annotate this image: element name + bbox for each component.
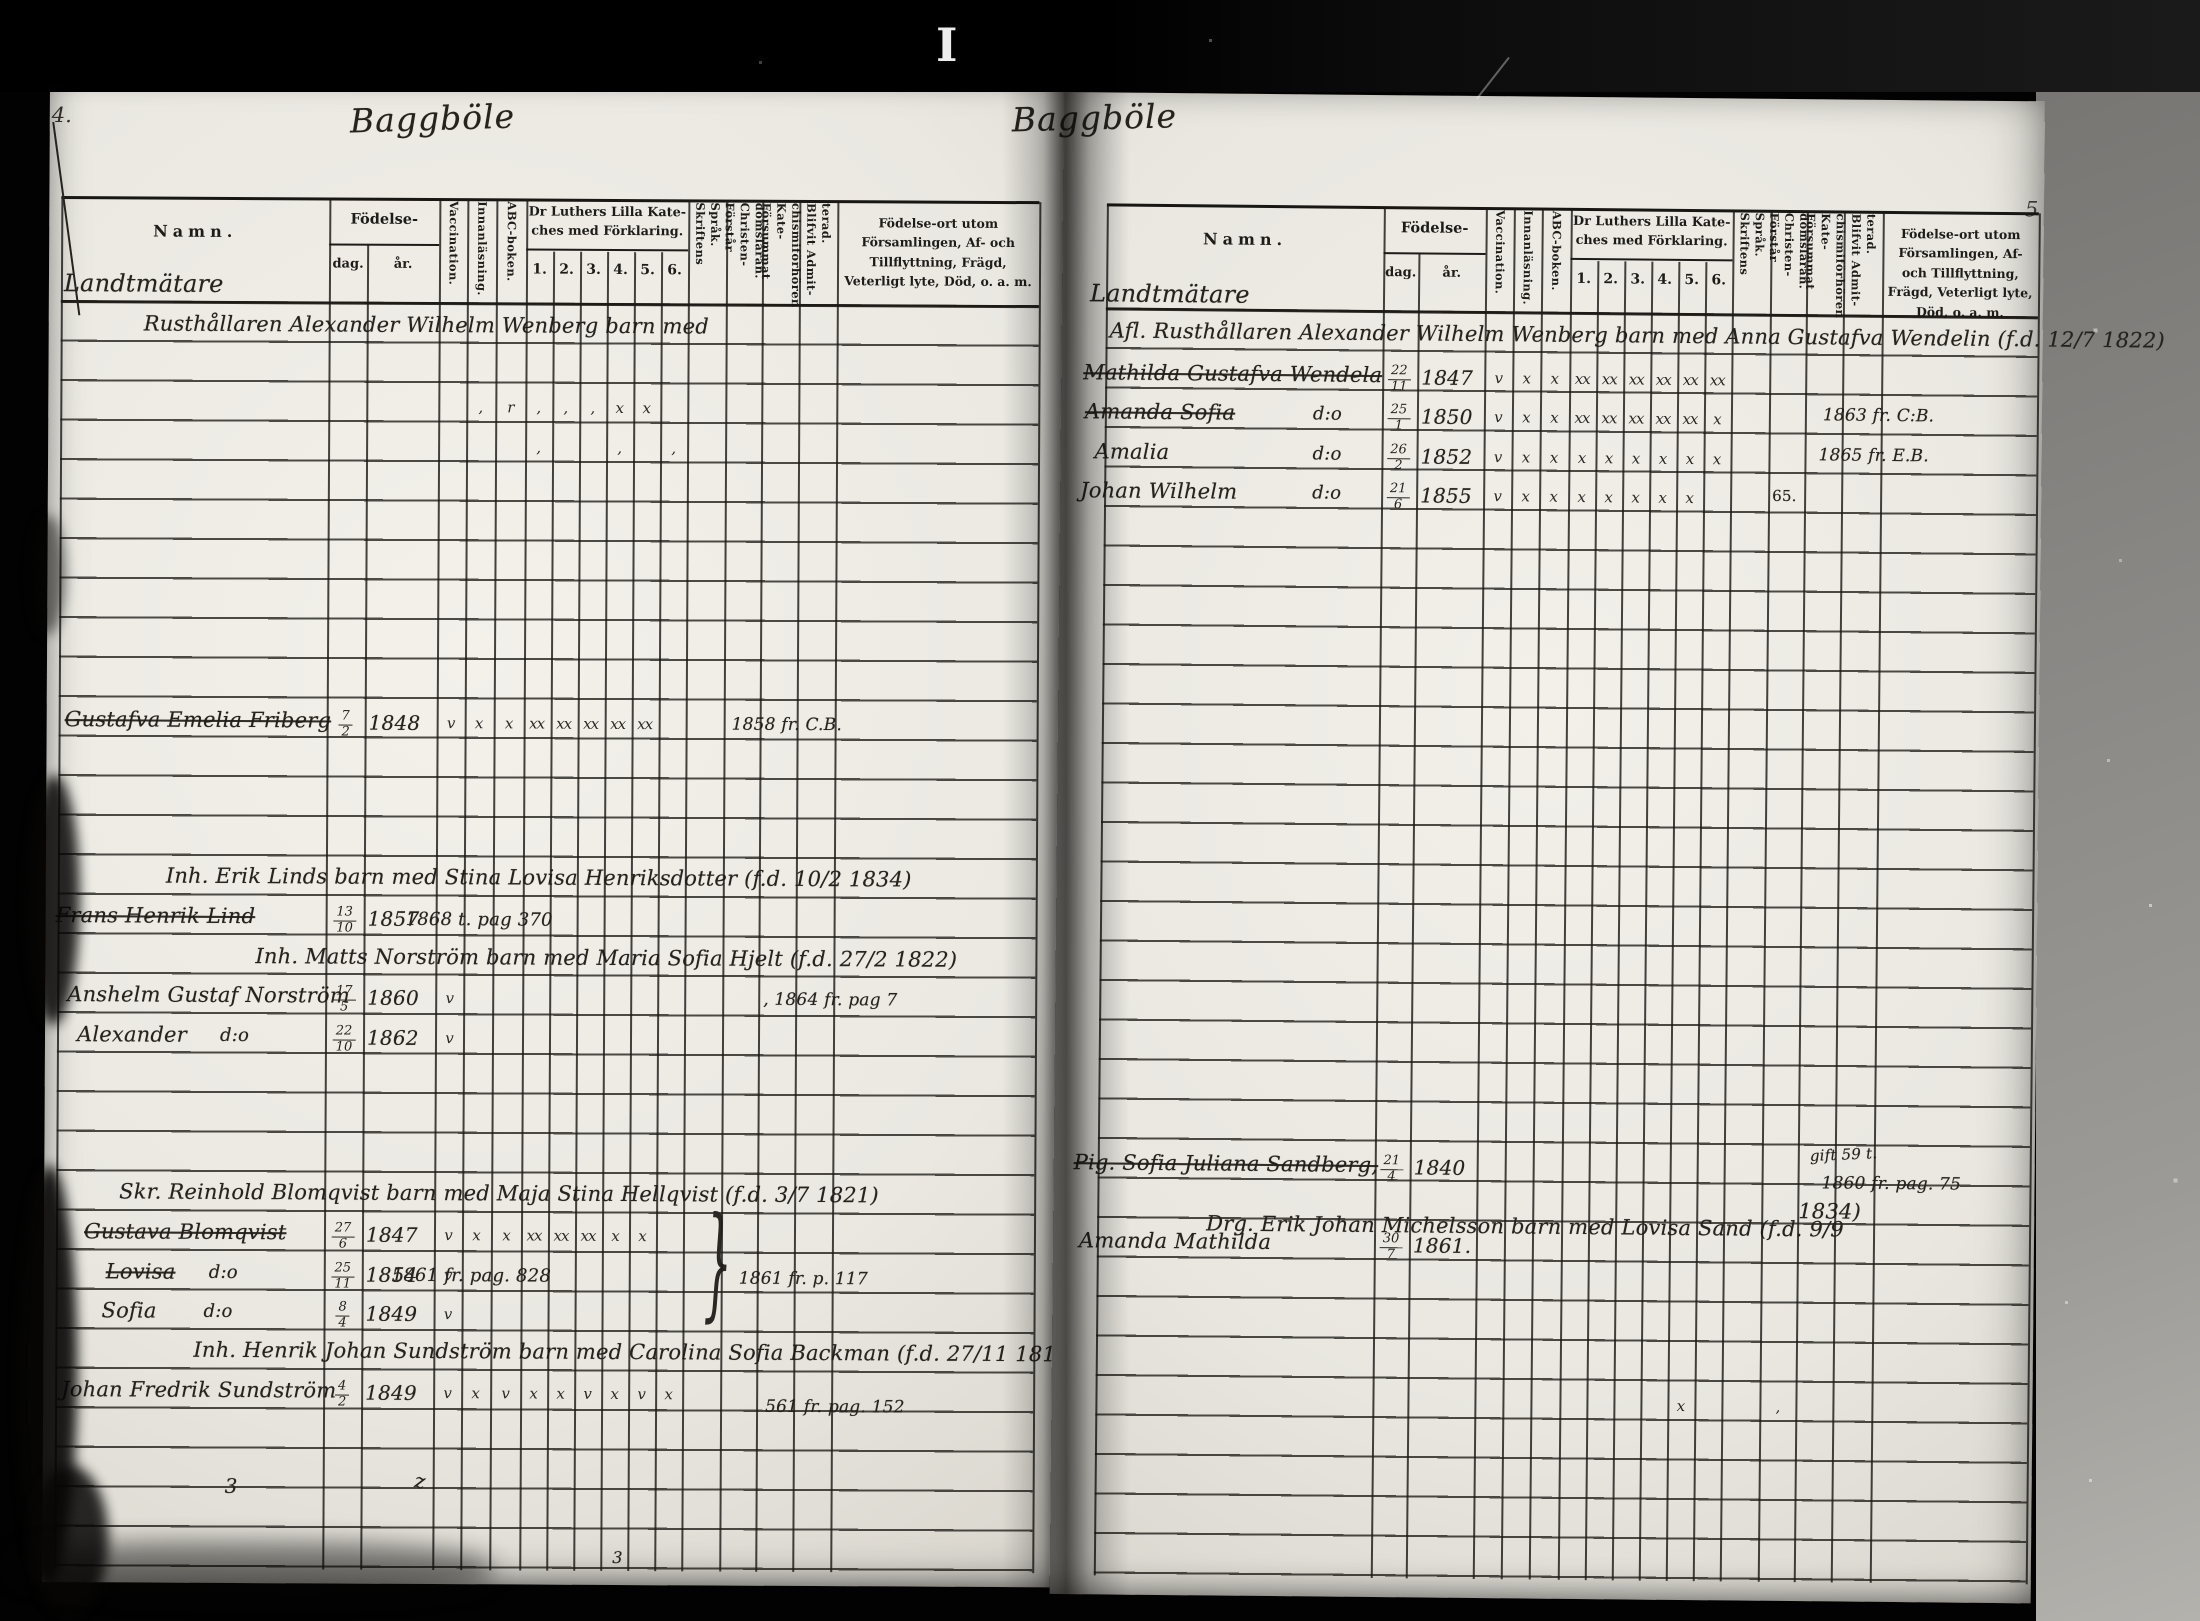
birth-day: 307 <box>1380 1232 1403 1263</box>
mark: x <box>1685 489 1693 507</box>
mark: xx <box>1574 409 1589 427</box>
column-header-vaccination: Vaccination. <box>1485 210 1514 309</box>
mark: v <box>583 1385 591 1403</box>
birth-year: 1852 <box>1420 444 1472 468</box>
ditto-mark: d:o <box>1312 443 1341 464</box>
birth-day: 84 <box>335 1301 349 1332</box>
kateches-4: 4. <box>607 262 634 278</box>
mark: x <box>616 399 624 417</box>
mark: x <box>1549 488 1557 506</box>
scan-top-border <box>0 0 2200 92</box>
mark: xx <box>1682 410 1697 428</box>
marks-row: ,r,,,xx <box>48 391 1062 432</box>
header-divider <box>526 248 688 250</box>
column-header-forsummat: Försummat Kate-chismiförhören <box>762 203 800 302</box>
mark: , <box>671 439 675 457</box>
stray-mark: 3 <box>225 1474 238 1498</box>
column-header-innanlasning: Innanläsning. <box>1513 210 1542 309</box>
right-page: 5 Baggböle Namn. Födelse- dag. år. Vacci… <box>1050 92 2045 1603</box>
mark: x <box>1659 450 1667 468</box>
birth-day: 216 <box>1387 482 1410 513</box>
marks-row: ,,, <box>48 431 1062 472</box>
page-number-left: 4. <box>52 103 72 127</box>
birth-year: 1849 <box>366 1302 418 1326</box>
person-name: Gustafva Emelia Friberg <box>65 707 332 732</box>
ditto-mark: d:o <box>209 1262 238 1283</box>
mark: x <box>505 714 513 732</box>
section-heading-script: Landtmätare <box>64 269 224 298</box>
mark: x <box>1677 1397 1685 1415</box>
mark: v <box>444 1226 452 1244</box>
column-header-blifvit: Blifvit Admit-terad. <box>799 203 838 302</box>
column-header-namn: Namn. <box>61 221 329 241</box>
person-name: Lovisa <box>106 1259 176 1283</box>
birth-day: 2211 <box>1388 364 1411 395</box>
ink-smudge <box>30 1465 109 1615</box>
film-edge-mark: I <box>936 18 958 72</box>
mark: x <box>664 1385 672 1403</box>
column-header-fodelse: Födelse- <box>329 210 439 228</box>
place-name-script: Baggböle <box>1011 96 1177 139</box>
mark: v <box>1494 448 1502 466</box>
header-divider <box>1383 252 1485 255</box>
margin-note: , 1864 fr. pag 7 <box>763 990 897 1011</box>
mark: v <box>444 1266 452 1284</box>
birth-day: 2511 <box>331 1261 354 1292</box>
kateches-3: 3. <box>580 262 607 278</box>
mark: xx <box>553 1227 568 1245</box>
left-page: 4. Baggböle Namn. Födelse- dag. år. Vacc… <box>42 85 1064 1587</box>
birth-year: 1862 <box>367 1026 419 1050</box>
birth-day: 72 <box>338 710 352 741</box>
person-name: Frans Henrik Lind <box>56 903 256 928</box>
column-header-abc-boken: ABC-boken. <box>496 201 527 300</box>
mark: xx <box>1575 370 1590 388</box>
person-name: Sofia <box>102 1298 157 1322</box>
column-header-kateches: Dr Luthers Lilla Kate-ches med Förklarin… <box>526 203 688 241</box>
mark: v <box>1493 487 1501 505</box>
kateches-3: 3. <box>1624 271 1651 287</box>
mark: x <box>1713 450 1721 468</box>
mark: xx <box>529 715 544 733</box>
birth-day: 276 <box>332 1221 355 1252</box>
column-header-ar: år. <box>1418 265 1485 281</box>
kateches-1: 1. <box>526 261 553 277</box>
person-name: Gustava Blomqvist <box>84 1219 287 1244</box>
mark: , <box>590 399 594 417</box>
mark: x <box>1550 370 1558 388</box>
mark: xx <box>556 715 571 733</box>
margin-note: 1858 fr. C.B. <box>732 715 842 736</box>
record-row: Gustafva Emelia Friberg 72 1848 1858 fr.… <box>47 707 1061 748</box>
birth-year: 1861. <box>1413 1233 1471 1258</box>
mark: xx <box>1601 409 1616 427</box>
table-top-rule <box>61 196 1039 204</box>
page-number-right: 5 <box>2025 197 2039 221</box>
ditto-mark: d:o <box>1312 482 1341 503</box>
mark: x <box>502 1226 510 1244</box>
person-name: Alexander <box>77 1022 187 1047</box>
header-divider <box>1570 258 1732 261</box>
mark: x <box>611 1227 619 1245</box>
birth-day: 42 <box>335 1380 349 1411</box>
kateches-2: 2. <box>1597 271 1624 287</box>
mark: x <box>475 714 483 732</box>
birth-day: 175 <box>333 984 356 1015</box>
birth-day: 1310 <box>333 905 356 936</box>
column-header-fodelse: Födelse- <box>1384 219 1486 237</box>
stray-mark: 3 <box>612 1548 622 1567</box>
record-row: Sofia d:o 84 1849 v <box>43 1298 1057 1339</box>
header-divider <box>329 243 439 245</box>
mark: x <box>1578 449 1586 467</box>
mark: x <box>1632 449 1640 467</box>
person-name: Amanda Mathilda <box>1079 1228 1271 1254</box>
family-line: Inh. Matts Norström barn med Maria Sofia… <box>255 944 957 972</box>
mark: , <box>563 399 567 417</box>
mark: x <box>1522 369 1530 387</box>
mark: x <box>1686 450 1694 468</box>
mark: xx <box>580 1227 595 1245</box>
birth-year: 1860 <box>367 986 419 1010</box>
column-grid <box>1064 92 2045 101</box>
mark: xx <box>1655 410 1670 428</box>
mark: x <box>610 1385 618 1403</box>
mark: xx <box>1710 371 1725 389</box>
birth-year: 1848 <box>369 711 421 735</box>
column-header-vaccination: Vaccination. <box>439 201 468 300</box>
birth-day: 262 <box>1387 443 1410 474</box>
mark: , <box>536 439 540 457</box>
column-header-fodelseort: Födelse-ort utom Församlingen, Af- och T… <box>837 213 1039 292</box>
column-header-dag: dag. <box>329 256 367 271</box>
mark: v <box>637 1385 645 1403</box>
family-line-wrap: 1834) <box>1798 1199 1861 1224</box>
birth-year: 1840 <box>1414 1155 1466 1179</box>
mark: x <box>1550 449 1558 467</box>
column-header-fodelseort: Födelse-ort utom Församlingen, Af- och T… <box>1882 224 2039 322</box>
mark: x <box>556 1385 564 1403</box>
mark: xx <box>610 715 625 733</box>
kateches-4: 4. <box>1651 272 1678 288</box>
birth-day: 2210 <box>333 1024 356 1055</box>
mark: x <box>471 1384 479 1402</box>
mark: v <box>1494 408 1502 426</box>
record-row: Gustava Blomqvist 276 1847 vxxxxxxxxxx <box>44 1219 1058 1260</box>
birth-year: 1849 <box>365 1381 417 1405</box>
column-header-forstar: Förstår Christen-domsläran. <box>726 203 763 302</box>
family-line: Skr. Reinhold Blomqvist barn med Maja St… <box>119 1179 879 1207</box>
mark: x <box>1577 488 1585 506</box>
person-name: Johan Fredrik Sundström <box>61 1377 336 1402</box>
mark: , <box>536 399 540 417</box>
ditto-mark: d:o <box>220 1025 249 1046</box>
column-header-forsummat: Försummat Kate-chismiförhören <box>1806 213 1844 312</box>
mark: x <box>638 1227 646 1245</box>
mark: r <box>507 398 513 416</box>
mark: v <box>445 1029 453 1047</box>
margin-note: 1860 fr. pag. 75 <box>1821 1173 1961 1194</box>
family-line: Rusthållaren Alexander Wilhelm Wenberg b… <box>144 311 709 338</box>
mark: , <box>617 439 621 457</box>
mark: xx <box>1629 370 1644 388</box>
family-line: Inh. Henrik Johan Sundström barn med Car… <box>193 1338 1078 1367</box>
column-header-namn: Namn. <box>1107 228 1384 250</box>
margin-note: 65. <box>1772 487 1797 505</box>
mark: v <box>501 1384 509 1402</box>
mark: x <box>1713 410 1721 428</box>
mark: xx <box>1683 371 1698 389</box>
kateches-6: 6. <box>1705 272 1732 288</box>
mark: x <box>1658 489 1666 507</box>
mark: , <box>1775 1398 1779 1416</box>
birth-year: 1847 <box>366 1223 418 1247</box>
dust-specks <box>0 0 1 1</box>
kateches-6: 6. <box>661 262 688 278</box>
birth-year: 1855 <box>1420 483 1472 507</box>
scanned-parish-register: 4. Baggböle Namn. Födelse- dag. år. Vacc… <box>0 0 2200 1621</box>
birth-day: 251 <box>1387 403 1410 434</box>
record-row: Frans Henrik Lind 1310 1857 1868 t. pag … <box>46 903 1060 944</box>
column-header-kateches: Dr Luthers Lilla Kate-ches med Förklarin… <box>1571 213 1733 252</box>
mark: x <box>643 399 651 417</box>
mark: xx <box>526 1227 541 1245</box>
mark: x <box>1550 409 1558 427</box>
mark: v <box>443 1384 451 1402</box>
mark: x <box>1605 449 1613 467</box>
mark: xx <box>1628 409 1643 427</box>
edge-shadow <box>12 1540 492 1598</box>
column-header-innanlasning: Innanläsning. <box>467 201 497 300</box>
place-name-script: Baggböle <box>349 97 515 141</box>
mark: xx <box>583 715 598 733</box>
mark: x <box>472 1226 480 1244</box>
person-name: Anshelm Gustaf Norström <box>67 982 350 1007</box>
margin-note: 1868 t. pag 370 <box>406 909 553 931</box>
mark: x <box>1522 408 1530 426</box>
person-name: Mathilda Gustafva Wendela <box>1083 360 1382 387</box>
margin-note: 561 fr. pag. 152 <box>765 1397 905 1418</box>
mark: xx <box>637 715 652 733</box>
margin-note: 1861 fr. pag. 828 <box>392 1265 551 1287</box>
record-row: Alexander d:o 2210 1862 v <box>45 1022 1059 1063</box>
mark: x <box>1604 488 1612 506</box>
mark: v <box>444 1305 452 1323</box>
column-header-abc-boken: ABC-boken. <box>1541 211 1571 310</box>
kateches-5: 5. <box>1678 272 1705 288</box>
person-name: Pig. Sofia Juliana Sandberg, <box>1074 1150 1379 1177</box>
family-line: Inh. Erik Linds barn med Stina Lovisa He… <box>166 864 912 892</box>
record-row: Anshelm Gustaf Norström 175 1860 , 1864 … <box>45 982 1059 1023</box>
mark: xx <box>1656 371 1671 389</box>
record-row: Johan Fredrik Sundström 42 1849 561 fr. … <box>43 1377 1057 1418</box>
record-row: Lovisa d:o 2511 1854 1861 fr. pag. 828 v <box>44 1259 1058 1300</box>
mark: v <box>445 989 453 1007</box>
kateches-1: 1. <box>1570 271 1597 287</box>
mark: x <box>1522 448 1530 466</box>
scanner-background <box>2036 90 2200 1621</box>
mark: x <box>1631 488 1639 506</box>
birth-day: 214 <box>1380 1154 1403 1185</box>
kateches-2: 2. <box>553 262 580 278</box>
birth-year: 1847 <box>1421 365 1473 389</box>
margin-note: gift 59 t. <box>1809 1144 1877 1165</box>
mark: xx <box>1602 370 1617 388</box>
mark: x <box>529 1385 537 1403</box>
column-header-dag: dag. <box>1383 265 1418 280</box>
mark: v <box>447 714 455 732</box>
kateches-5: 5. <box>634 262 661 278</box>
ditto-mark: d:o <box>204 1301 233 1322</box>
birth-year: 1850 <box>1421 404 1473 428</box>
column-header-blifvit: Blifvit Admit-terad. <box>1843 213 1883 312</box>
ditto-mark: d:o <box>1313 403 1342 424</box>
mark: v <box>1494 369 1502 387</box>
mark: x <box>1521 487 1529 505</box>
person-name: Amanda Sofia <box>1085 399 1235 424</box>
mark: , <box>478 398 482 416</box>
column-header-ar: år. <box>367 257 439 272</box>
section-heading-script: Landtmätare <box>1090 279 1250 309</box>
